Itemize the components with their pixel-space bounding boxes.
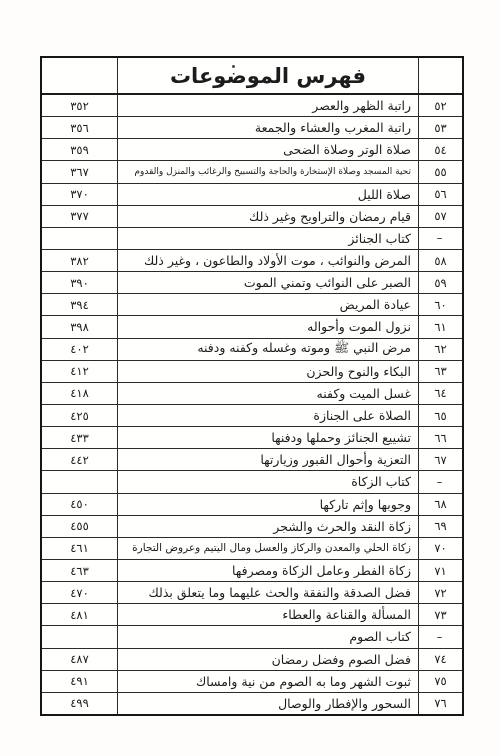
topic-title-cell: صلاة الليل — [118, 184, 419, 205]
table-row: ٣٦٧ تحية المسجد وصلاة الإستخارة والحاجة … — [42, 161, 462, 183]
section-number-cell: ٥٩ — [419, 272, 462, 293]
topic-title-cell: فضل الصدقة والنفقة والحث عليهما وما يتعل… — [118, 582, 419, 603]
topic-title: راتبة الظهر والعصر — [312, 98, 411, 113]
section-number-cell: ٦٣ — [419, 361, 462, 382]
section-number-cell: ٦٤ — [419, 383, 462, 404]
topic-title-cell: المسألة والقناعة والعطاء — [118, 604, 419, 625]
topic-title-cell: تحية المسجد وصلاة الإستخارة والحاجة والت… — [118, 161, 419, 182]
topic-title-cell: راتبة المغرب والعشاء والجمعة — [118, 117, 419, 138]
section-number-cell: – — [419, 626, 462, 647]
section-number-cell: ٦٦ — [419, 427, 462, 448]
section-number-cell: ٦٢ — [419, 339, 462, 360]
topic-title-cell: عيادة المريض — [118, 294, 419, 315]
section-number-cell: ٦٧ — [419, 449, 462, 470]
table-row: ٣٧٠ صلاة الليل ٥٦ — [42, 184, 462, 206]
topic-title: عيادة المريض — [340, 297, 411, 312]
table-row: ٣٨٢ المرض والنوائب ، موت الأولاد والطاعو… — [42, 250, 462, 272]
topic-title: التعزية وأحوال القبور وزيارتها — [260, 452, 411, 467]
section-number-cell: ٦٠ — [419, 294, 462, 315]
table-row: ٤٧٠ فضل الصدقة والنفقة والحث عليهما وما … — [42, 582, 462, 604]
table-row: ٤٥٥ زكاة النقد والحرث والشجر ٦٩ — [42, 516, 462, 538]
ink-speck — [232, 65, 235, 68]
page-number-cell: ٤٩٩ — [42, 693, 118, 714]
topic-title-cell: تشييع الجنائز وحملها ودفنها — [118, 427, 419, 448]
topic-title: تشييع الجنائز وحملها ودفنها — [271, 430, 411, 445]
topic-title-cell: الصلاة على الجنازة — [118, 405, 419, 426]
table-row: ٣٩٠ الصبر على النوائب وتمني الموت ٥٩ — [42, 272, 462, 294]
section-number-cell: ٥٧ — [419, 206, 462, 227]
table-row: ٤٩٩ السحور والإفطار والوصال ٧٦ — [42, 693, 462, 714]
page-number-cell: ٤٢٥ — [42, 405, 118, 426]
topic-title: فضل الصدقة والنفقة والحث عليهما وما يتعل… — [149, 585, 412, 600]
table-row: ٣٥٦ راتبة المغرب والعشاء والجمعة ٥٣ — [42, 117, 462, 139]
section-number-cell: ٥٢ — [419, 95, 462, 116]
topic-title: ثبوت الشهر وما به الصوم من نية وامساك — [196, 674, 411, 689]
page-number-cell: ٤٨١ — [42, 604, 118, 625]
page-number-cell: ٤١٨ — [42, 383, 118, 404]
page-number-cell: ٤٧٠ — [42, 582, 118, 603]
table-row: ٤٠٢ مرض النبي ﷺ وموته وغسله وكفنه ودفنه … — [42, 339, 462, 361]
page-number-cell: ٣٥٢ — [42, 95, 118, 116]
topic-title: المسألة والقناعة والعطاء — [282, 607, 411, 622]
table-row: ٤٢٥ الصلاة على الجنازة ٦٥ — [42, 405, 462, 427]
table-row: ٤٨٧ فضل الصوم وفضل رمضان ٧٤ — [42, 649, 462, 671]
header-title-cell: فهرس الموضوعات — [118, 58, 419, 93]
topic-title-cell: الصبر على النوائب وتمني الموت — [118, 272, 419, 293]
section-number-cell: ٧٦ — [419, 693, 462, 714]
section-number-cell: – — [419, 471, 462, 492]
page-number-cell: ٤٨٧ — [42, 649, 118, 670]
section-number-cell: ٧٤ — [419, 649, 462, 670]
toc-header-row: فهرس الموضوعات — [42, 58, 462, 95]
topic-title: كتاب الصوم — [349, 629, 411, 644]
table-row: ٤٥٠ وجوبها وإثم تاركها ٦٨ — [42, 494, 462, 516]
page-number-cell: ٣٧٧ — [42, 206, 118, 227]
topic-title-cell: ثبوت الشهر وما به الصوم من نية وامساك — [118, 671, 419, 692]
topic-title: وجوبها وإثم تاركها — [320, 497, 411, 512]
page-title: فهرس الموضوعات — [170, 64, 366, 88]
topic-title-cell: المرض والنوائب ، موت الأولاد والطاعون ، … — [118, 250, 419, 271]
topic-title: الصلاة على الجنازة — [313, 408, 411, 423]
topic-title: راتبة المغرب والعشاء والجمعة — [255, 120, 411, 135]
section-number-cell: ٧٠ — [419, 538, 462, 559]
section-number-cell: – — [419, 228, 462, 249]
topic-title-cell: البكاء والنوح والحزن — [118, 361, 419, 382]
topic-title-cell: السحور والإفطار والوصال — [118, 693, 419, 714]
section-number-cell: ٥٦ — [419, 184, 462, 205]
topic-title-cell: مرض النبي ﷺ وموته وغسله وكفنه ودفنه — [118, 339, 419, 360]
topic-title: السحور والإفطار والوصال — [278, 696, 411, 711]
topic-title: زكاة الحلي والمعدن والركاز والعسل ومال ا… — [132, 542, 411, 554]
table-row: كتاب الجنائز – — [42, 228, 462, 250]
section-number-cell: ٥٤ — [419, 139, 462, 160]
topic-title-cell: زكاة الحلي والمعدن والركاز والعسل ومال ا… — [118, 538, 419, 559]
header-page-number-cell — [42, 58, 118, 93]
page-number-cell — [42, 228, 118, 249]
table-row: كتاب الزكاة – — [42, 471, 462, 493]
page-number-cell: ٣٩٨ — [42, 316, 118, 337]
section-number-cell: ٥٨ — [419, 250, 462, 271]
section-number-cell: ٧٥ — [419, 671, 462, 692]
table-row: ٤١٨ غسل الميت وكفنه ٦٤ — [42, 383, 462, 405]
topic-title-cell: قيام رمضان والتراويح وغير ذلك — [118, 206, 419, 227]
section-number-cell: ٧١ — [419, 560, 462, 581]
section-number-cell: ٦١ — [419, 316, 462, 337]
topic-title: زكاة النقد والحرث والشجر — [273, 519, 411, 534]
table-row: ٤٣٣ تشييع الجنائز وحملها ودفنها ٦٦ — [42, 427, 462, 449]
section-number-cell: ٥٣ — [419, 117, 462, 138]
topic-title: نزول الموت وأحواله — [307, 319, 411, 334]
topic-title-cell: وجوبها وإثم تاركها — [118, 494, 419, 515]
topic-title-cell: كتاب الجنائز — [118, 228, 419, 249]
topic-title-cell: التعزية وأحوال القبور وزيارتها — [118, 449, 419, 470]
table-row: ٤٨١ المسألة والقناعة والعطاء ٧٣ — [42, 604, 462, 626]
table-row: ٤٦١ زكاة الحلي والمعدن والركاز والعسل وم… — [42, 538, 462, 560]
page-number-cell: ٤٦١ — [42, 538, 118, 559]
table-row: ٤١٢ البكاء والنوح والحزن ٦٣ — [42, 361, 462, 383]
topic-title: قيام رمضان والتراويح وغير ذلك — [249, 209, 411, 224]
page-number-cell — [42, 471, 118, 492]
page-number-cell: ٣٥٩ — [42, 139, 118, 160]
topic-title: مرض النبي ﷺ وموته وغسله وكفنه ودفنه — [197, 340, 411, 359]
section-number-cell: ٦٨ — [419, 494, 462, 515]
table-row: ٤٩١ ثبوت الشهر وما به الصوم من نية وامسا… — [42, 671, 462, 693]
page-number-cell: ٤٠٢ — [42, 339, 118, 360]
section-number-cell: ٦٥ — [419, 405, 462, 426]
page-number-cell: ٣٩٠ — [42, 272, 118, 293]
topic-title: المرض والنوائب ، موت الأولاد والطاعون ، … — [144, 253, 411, 268]
page-number-cell — [42, 626, 118, 647]
scanned-book-page: فهرس الموضوعات ٣٥٢ راتبة الظهر والعصر ٥٢… — [0, 0, 500, 756]
topic-title-cell: كتاب الزكاة — [118, 471, 419, 492]
topic-title-cell: كتاب الصوم — [118, 626, 419, 647]
page-number-cell: ٤٣٣ — [42, 427, 118, 448]
table-row: ٤٤٢ التعزية وأحوال القبور وزيارتها ٦٧ — [42, 449, 462, 471]
page-number-cell: ٤٩١ — [42, 671, 118, 692]
table-row: ٣٩٤ عيادة المريض ٦٠ — [42, 294, 462, 316]
page-number-cell: ٤٤٢ — [42, 449, 118, 470]
topic-title: تحية المسجد وصلاة الإستخارة والحاجة والت… — [134, 167, 411, 177]
table-row: كتاب الصوم – — [42, 626, 462, 648]
topic-title: صلاة الليل — [358, 187, 411, 202]
page-number-cell: ٤٥٠ — [42, 494, 118, 515]
section-number-cell: ٥٥ — [419, 161, 462, 182]
topic-title: كتاب الزكاة — [351, 474, 411, 489]
section-number-cell: ٧٢ — [419, 582, 462, 603]
topic-title: البكاء والنوح والحزن — [306, 364, 411, 379]
page-number-cell: ٣٩٤ — [42, 294, 118, 315]
page-number-cell: ٤١٢ — [42, 361, 118, 382]
topic-title-cell: راتبة الظهر والعصر — [118, 95, 419, 116]
topic-title-cell: نزول الموت وأحواله — [118, 316, 419, 337]
topic-title: فضل الصوم وفضل رمضان — [272, 652, 411, 667]
page-number-cell: ٣٦٧ — [42, 161, 118, 182]
page-number-cell: ٤٦٣ — [42, 560, 118, 581]
section-number-cell: ٧٣ — [419, 604, 462, 625]
topic-title-cell: صلاة الوتر وصلاة الضحى — [118, 139, 419, 160]
page-number-cell: ٣٧٠ — [42, 184, 118, 205]
table-row: ٣٥٢ راتبة الظهر والعصر ٥٢ — [42, 95, 462, 117]
table-row: ٣٧٧ قيام رمضان والتراويح وغير ذلك ٥٧ — [42, 206, 462, 228]
table-row: ٣٥٩ صلاة الوتر وصلاة الضحى ٥٤ — [42, 139, 462, 161]
section-number-cell: ٦٩ — [419, 516, 462, 537]
table-row: ٤٦٣ زكاة الفطر وعامل الزكاة ومصرفها ٧١ — [42, 560, 462, 582]
toc-rows: ٣٥٢ راتبة الظهر والعصر ٥٢ ٣٥٦ راتبة المغ… — [42, 95, 462, 714]
topic-title: زكاة الفطر وعامل الزكاة ومصرفها — [232, 563, 411, 578]
topic-title-cell: غسل الميت وكفنه — [118, 383, 419, 404]
topic-title-cell: زكاة الفطر وعامل الزكاة ومصرفها — [118, 560, 419, 581]
topic-title: الصبر على النوائب وتمني الموت — [244, 275, 411, 290]
toc-table: فهرس الموضوعات ٣٥٢ راتبة الظهر والعصر ٥٢… — [40, 56, 464, 716]
page-number-cell: ٤٥٥ — [42, 516, 118, 537]
topic-title-cell: زكاة النقد والحرث والشجر — [118, 516, 419, 537]
topic-title: صلاة الوتر وصلاة الضحى — [283, 142, 411, 157]
topic-title: غسل الميت وكفنه — [317, 386, 411, 401]
table-row: ٣٩٨ نزول الموت وأحواله ٦١ — [42, 316, 462, 338]
page-number-cell: ٣٨٢ — [42, 250, 118, 271]
topic-title: كتاب الجنائز — [348, 231, 411, 246]
topic-title-cell: فضل الصوم وفضل رمضان — [118, 649, 419, 670]
header-section-number-cell — [419, 58, 462, 93]
page-number-cell: ٣٥٦ — [42, 117, 118, 138]
